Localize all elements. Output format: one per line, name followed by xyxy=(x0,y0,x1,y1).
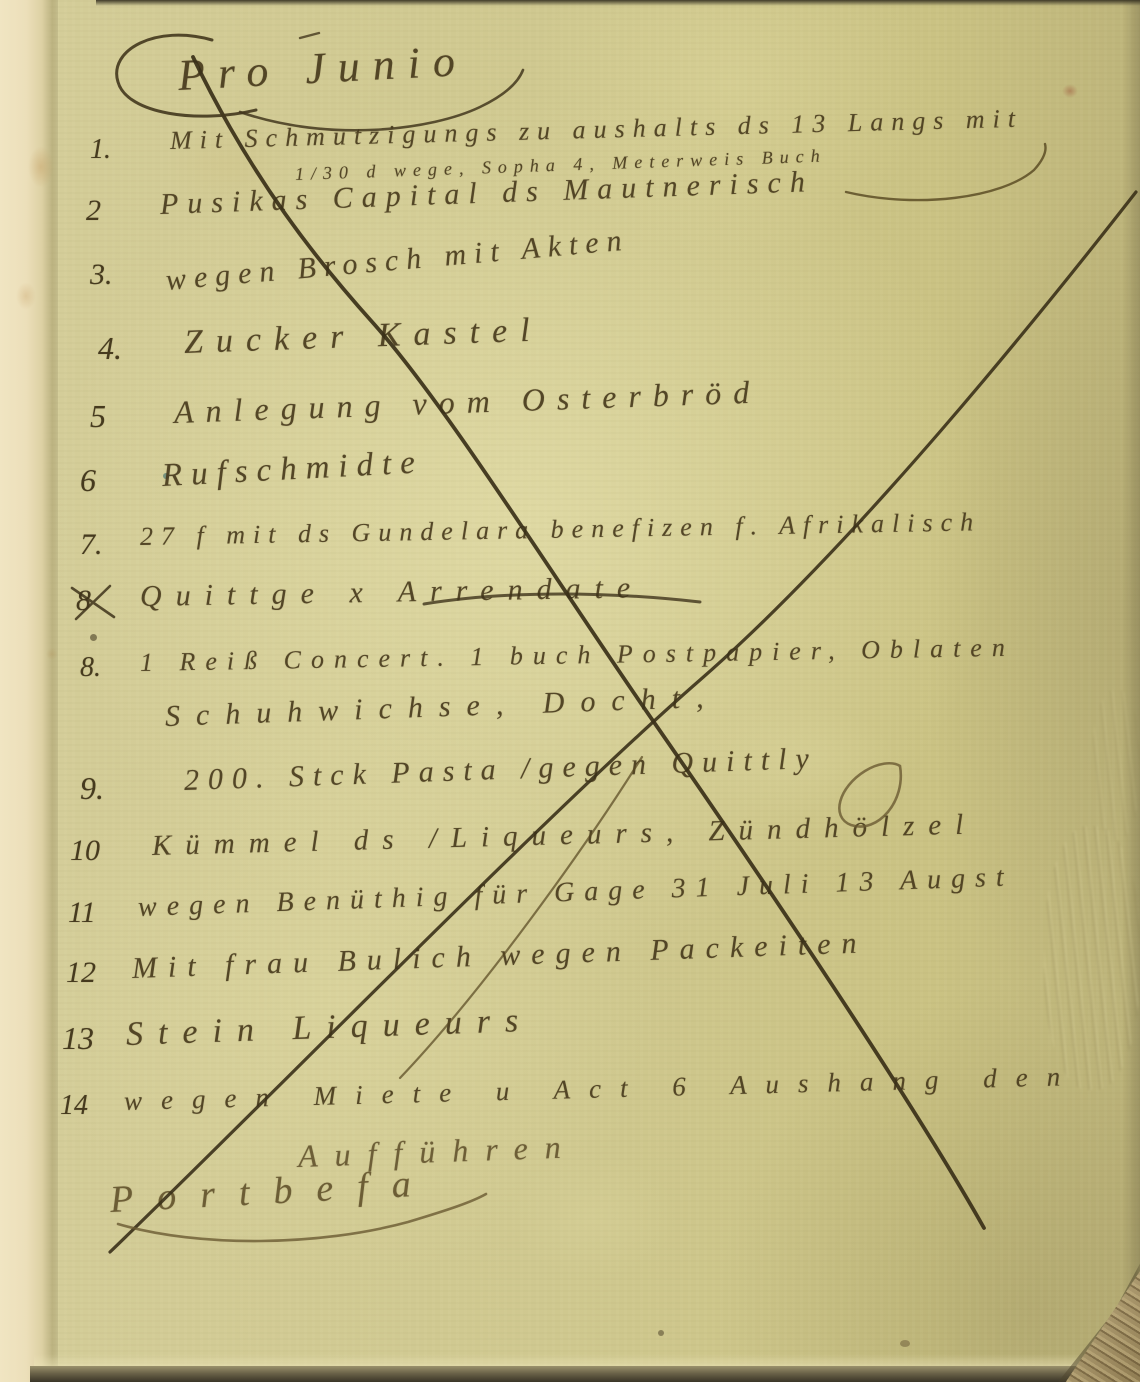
ink-speck xyxy=(658,1330,664,1336)
entry-7-number: 7. xyxy=(80,528,103,562)
entry-2-number: 2 xyxy=(86,194,101,228)
bottom-page-edge-highlight xyxy=(34,1354,1140,1366)
entry-6-number: 6 xyxy=(80,462,96,499)
entry-4-number: 4. xyxy=(98,330,122,367)
binding-edge xyxy=(0,0,58,1382)
ink-speck xyxy=(900,1340,910,1347)
top-page-edge xyxy=(96,0,1140,6)
entry-13-number: 12 xyxy=(66,956,96,990)
entry-8-number: 8 xyxy=(76,584,91,618)
entry-12-number: 11 xyxy=(68,896,96,930)
ink-stain xyxy=(16,282,36,310)
page-right-curvature xyxy=(1122,0,1140,1382)
entry-15-number: 14 xyxy=(60,1090,88,1122)
entry-1-number: 1. xyxy=(90,134,111,166)
bottom-page-edge xyxy=(30,1366,1140,1382)
ink-stain xyxy=(28,146,54,188)
entry-10-number: 9. xyxy=(80,770,104,807)
wrinkle-texture xyxy=(1044,826,1140,1090)
entry-11-number: 10 xyxy=(70,834,100,868)
manuscript-photo: Pro Junio 1. Mit Schmutzigungs zu aushal… xyxy=(0,0,1140,1382)
entry-3-number: 3. xyxy=(90,258,113,292)
wrinkle-texture xyxy=(1092,690,1140,840)
ink-speck xyxy=(90,634,97,641)
ink-stain xyxy=(46,648,58,660)
entry-5-number: 5 xyxy=(90,398,106,435)
ink-stain xyxy=(1062,84,1078,98)
entry-14-number: 13 xyxy=(62,1020,94,1057)
entry-9-number: 8. xyxy=(80,652,101,684)
